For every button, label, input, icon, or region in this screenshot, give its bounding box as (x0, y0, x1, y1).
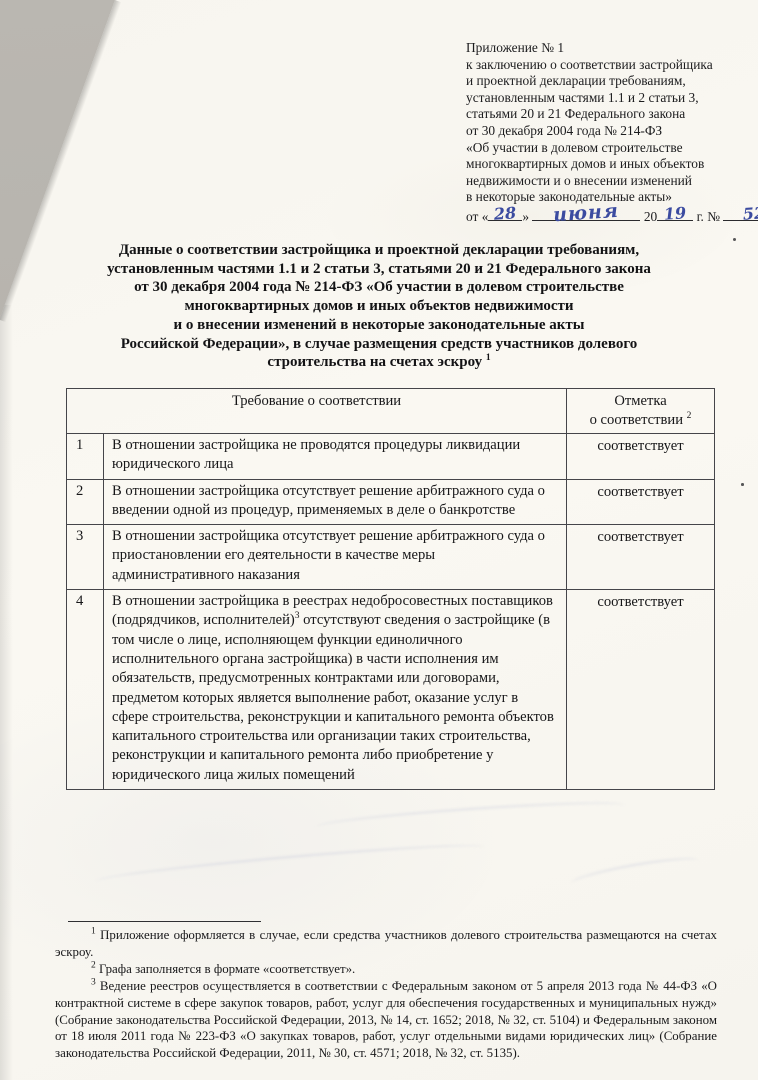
table-row: 3 В отношении застройщика отсутствует ре… (67, 525, 715, 590)
appendix-line: статьями 20 и 21 Федерального закона (466, 106, 754, 123)
appendix-line: Приложение № 1 (466, 40, 754, 57)
appendix-line: к заключению о соответствии застройщика (466, 57, 754, 74)
scan-speck (733, 238, 736, 241)
signature-impression (570, 853, 701, 891)
date-century: 20 (640, 209, 657, 224)
date-year-suffix: г. № (693, 209, 723, 224)
handwritten-month: июня (553, 203, 620, 224)
mark-footnote-marker: 2 (687, 411, 692, 421)
date-number-blank: 52 (723, 208, 758, 221)
date-prefix: от « (466, 209, 488, 224)
title-line: от 30 декабря 2004 года № 214-ФЗ «Об уча… (40, 278, 718, 297)
requirement-text: В отношении застройщика отсутствует реше… (104, 525, 567, 590)
bleed-through-handwriting (60, 798, 705, 913)
signature-impression (315, 797, 625, 835)
mark-column-header: Отметка о соответствии 2 (567, 389, 715, 434)
document-title: Данные о соответствии застройщика и прое… (40, 241, 718, 372)
table-header-row: Требование о соответствии Отметка о соот… (67, 389, 715, 434)
escrow-footnote-marker: 1 (486, 353, 491, 363)
date-day-blank: 28 (488, 208, 522, 221)
handwritten-number: 52 (743, 206, 758, 224)
row-number: 2 (67, 479, 104, 525)
conformity-mark: соответствует (567, 479, 715, 525)
appendix-line: «Об участии в долевом строительстве (466, 140, 754, 157)
title-line: установленным частями 1.1 и 2 статьи 3, … (40, 260, 718, 279)
appendix-line: недвижимости и о внесении изменений (466, 173, 754, 190)
conformity-mark: соответствует (567, 525, 715, 590)
footnote-separator (68, 921, 261, 922)
row-number: 1 (67, 434, 104, 480)
date-year-blank: 19 (657, 208, 693, 221)
table-row: 1 В отношении застройщика не проводятся … (67, 434, 715, 480)
footnote: 3 Ведение реестров осуществляется в соот… (55, 978, 717, 1063)
title-line: и о внесении изменений в некоторые закон… (40, 316, 718, 335)
appendix-line: установленным частями 1.1 и 2 статьи 3, (466, 90, 754, 107)
table-row: 2 В отношении застройщика отсутствует ре… (67, 479, 715, 525)
appendix-line: и проектной декларации требованиям, (466, 73, 754, 90)
paper-sheet: Приложение № 1 к заключению о соответств… (0, 0, 758, 1080)
appendix-date-line: от «28» июня 2019 г. № 52 (466, 208, 754, 226)
footnote: 2 Графа заполняется в формате «соответст… (55, 961, 717, 978)
conformity-mark: соответствует (567, 434, 715, 480)
title-line: Российской Федерации», в случае размещен… (40, 335, 718, 354)
scan-speck (741, 483, 744, 486)
title-line: многоквартирных домов и иных объектов не… (40, 297, 718, 316)
title-line: строительства на счетах эскроу 1 (40, 353, 718, 372)
requirement-text: В отношении застройщика отсутствует реше… (104, 479, 567, 525)
row-number: 3 (67, 525, 104, 590)
row-number: 4 (67, 590, 104, 790)
footnotes-block: 1 Приложение оформляется в случае, если … (55, 927, 717, 1062)
appendix-line: многоквартирных домов и иных объектов (466, 156, 754, 173)
requirement-column-header: Требование о соответствии (67, 389, 567, 434)
title-line: Данные о соответствии застройщика и прое… (40, 241, 718, 260)
requirement-text: В отношении застройщика в реестрах недоб… (104, 590, 567, 790)
conformity-table: Требование о соответствии Отметка о соот… (66, 388, 715, 790)
scanned-page: Приложение № 1 к заключению о соответств… (0, 0, 758, 1080)
handwritten-day: 28 (494, 206, 517, 224)
date-month-blank: июня (532, 208, 640, 221)
appendix-header-block: Приложение № 1 к заключению о соответств… (466, 40, 754, 226)
appendix-line: от 30 декабря 2004 года № 214-ФЗ (466, 123, 754, 140)
requirement-text: В отношении застройщика не проводятся пр… (104, 434, 567, 480)
conformity-mark: соответствует (567, 590, 715, 790)
date-quote-close: » (522, 209, 532, 224)
handwritten-year: 19 (664, 206, 687, 224)
signature-impression (95, 839, 485, 889)
footnote: 1 Приложение оформляется в случае, если … (55, 927, 717, 961)
table-row: 4 В отношении застройщика в реестрах нед… (67, 590, 715, 790)
